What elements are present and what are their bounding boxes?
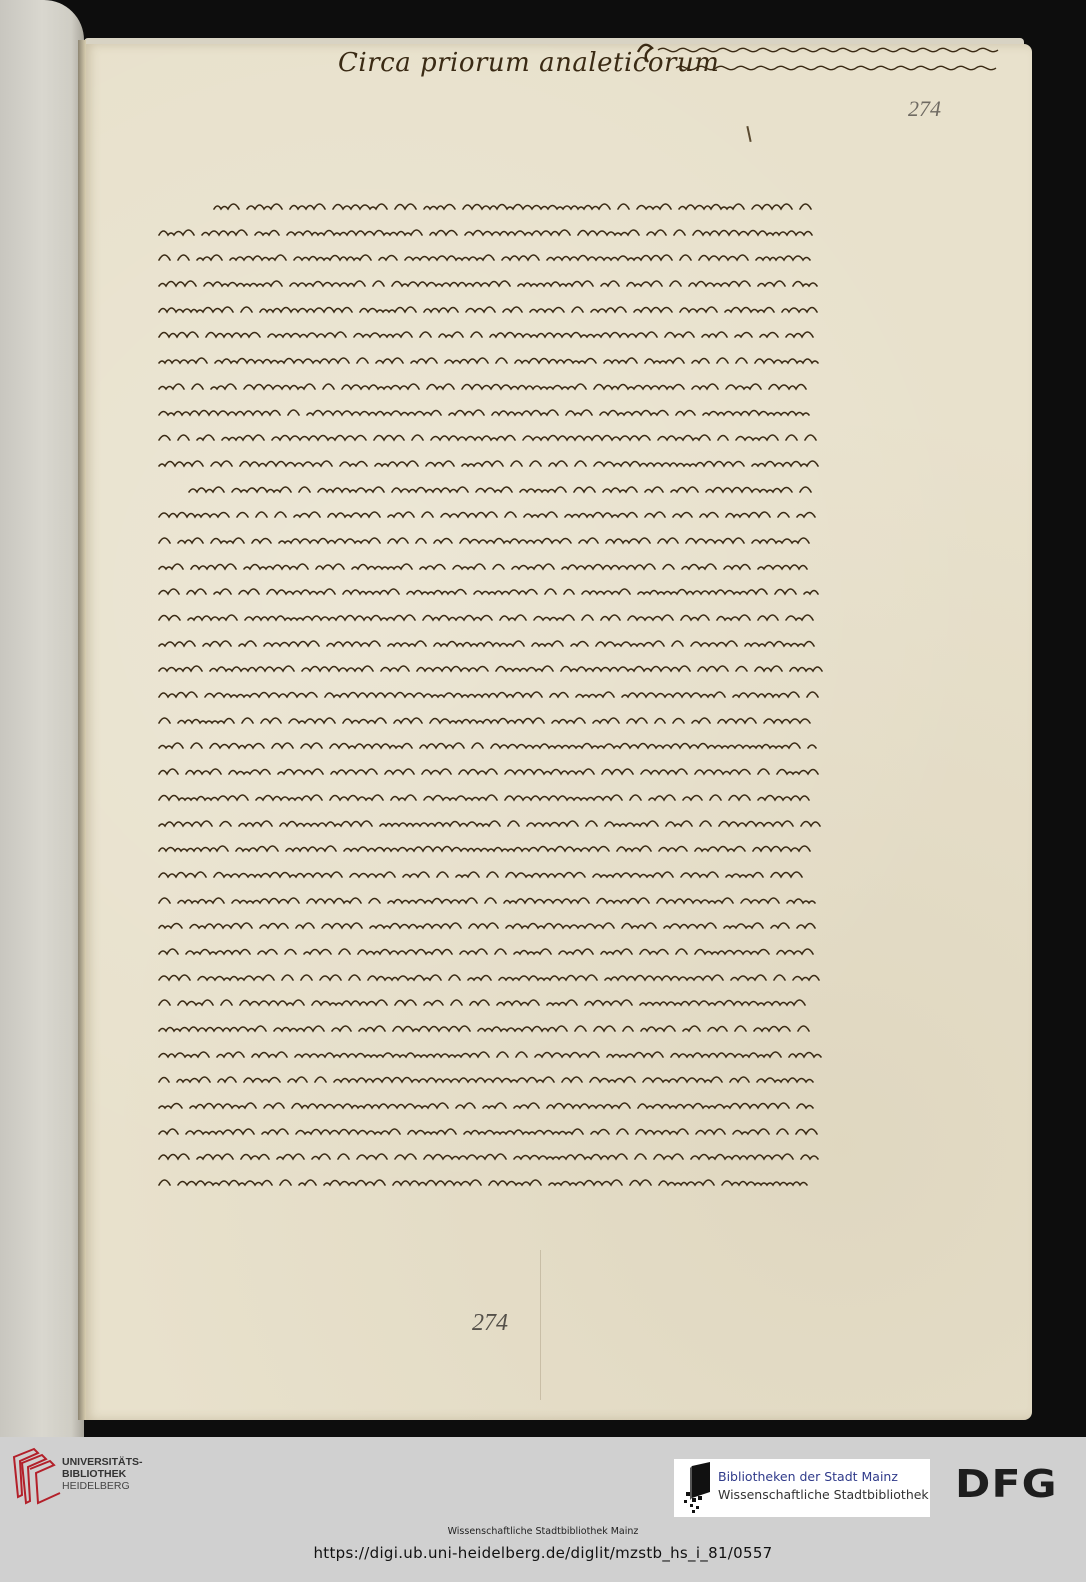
ub-line2: BIBLIOTHEK xyxy=(62,1468,143,1480)
ub-line3: HEIDELBERG xyxy=(62,1480,143,1492)
book-gutter xyxy=(78,40,86,1420)
handwriting-scribble xyxy=(155,507,825,527)
handwritten-line xyxy=(155,1017,845,1043)
handwritten-line xyxy=(155,349,845,375)
handwritten-line xyxy=(155,452,845,478)
handwritten-line xyxy=(155,1068,845,1094)
handwriting-scribble xyxy=(155,610,821,630)
handwriting-scribble xyxy=(155,841,821,861)
handwriting-scribble xyxy=(155,353,825,373)
handwriting-scribble xyxy=(155,1175,815,1195)
handwriting-scribble xyxy=(155,225,821,245)
handwriting-scribble xyxy=(155,1149,821,1169)
mainz-logo-line1: Bibliotheken der Stadt Mainz xyxy=(718,1469,898,1484)
handwritten-line xyxy=(155,632,845,658)
handwriting-scribble xyxy=(155,327,817,347)
handwriting-scribble xyxy=(155,1124,825,1144)
handwriting-scribble xyxy=(155,199,825,219)
handwritten-line xyxy=(155,503,845,529)
left-page-edge xyxy=(0,0,84,1437)
handwriting-scribble xyxy=(155,790,817,810)
ruling-line xyxy=(540,1250,541,1400)
manuscript-body-text xyxy=(155,195,845,1197)
handwriting-scribble xyxy=(155,816,825,836)
handwritten-line xyxy=(155,246,845,272)
handwriting-scribble xyxy=(155,1098,817,1118)
handwritten-line xyxy=(155,914,845,940)
handwriting-scribble xyxy=(155,250,817,270)
handwriting-scribble xyxy=(155,482,817,502)
handwritten-line xyxy=(155,837,845,863)
book-pixel-icon xyxy=(682,1462,716,1514)
handwritten-line xyxy=(155,709,845,735)
handwritten-line xyxy=(155,580,845,606)
handwritten-line xyxy=(155,889,845,915)
handwritten-line xyxy=(155,1094,845,1120)
handwriting-scribble xyxy=(155,970,825,990)
handwritten-line xyxy=(155,786,845,812)
handwritten-line xyxy=(155,863,845,889)
handwriting-scribble xyxy=(155,687,821,707)
marginal-note xyxy=(636,38,1016,83)
handwriting-scribble xyxy=(155,405,817,425)
handwritten-line xyxy=(155,323,845,349)
handwriting-scribble xyxy=(155,738,825,758)
handwriting-scribble xyxy=(155,1072,821,1092)
handwriting-scribble xyxy=(155,713,817,733)
handwritten-line xyxy=(155,991,845,1017)
handwritten-line xyxy=(155,606,845,632)
handwriting-scribble xyxy=(155,456,821,476)
handwriting-scribble xyxy=(155,764,821,784)
handwritten-line xyxy=(155,734,845,760)
handwritten-line xyxy=(155,401,845,427)
handwritten-line xyxy=(155,1120,845,1146)
dfg-logo: DFG xyxy=(955,1462,1058,1506)
handwritten-line xyxy=(155,1145,845,1171)
handwriting-scribble xyxy=(155,661,825,681)
folio-number-bottom: 274 xyxy=(472,1310,508,1337)
handwritten-line xyxy=(155,1043,845,1069)
handwritten-line xyxy=(155,375,845,401)
handwriting-scribble xyxy=(155,276,825,296)
handwriting-scribble xyxy=(155,995,821,1015)
handwriting-scribble xyxy=(155,893,825,913)
heidelberg-logo-text: UNIVERSITÄTS- BIBLIOTHEK HEIDELBERG xyxy=(62,1456,143,1492)
handwritten-line xyxy=(155,940,845,966)
manuscript-scan: Circa priorum analeticorum 274 274 xyxy=(0,0,1086,1437)
folio-number-top: 274 xyxy=(908,96,941,122)
mainz-logo-line2: Wissenschaftliche Stadtbibliothek xyxy=(718,1487,929,1502)
handwriting-scribble xyxy=(155,1021,817,1041)
handwritten-line xyxy=(155,555,845,581)
handwriting-scribble xyxy=(155,944,817,964)
handwritten-line xyxy=(155,1171,845,1197)
handwritten-line xyxy=(155,426,845,452)
handwriting-scribble xyxy=(155,636,817,656)
handwriting-scribble xyxy=(155,430,825,450)
handwriting-scribble xyxy=(155,867,817,887)
handwriting-scribble xyxy=(155,533,821,553)
handwritten-line xyxy=(155,478,845,504)
handwriting-scribble xyxy=(155,559,817,579)
handwriting-scribble xyxy=(155,584,825,604)
footer-caption: Wissenschaftliche Stadtbibliothek Mainz xyxy=(0,1526,1086,1537)
handwritten-line xyxy=(155,195,845,221)
handwritten-line xyxy=(155,272,845,298)
mainz-library-logo: Bibliotheken der Stadt Mainz Wissenschaf… xyxy=(674,1459,930,1517)
handwriting-scribble xyxy=(155,918,821,938)
handwritten-line xyxy=(155,683,845,709)
handwritten-line xyxy=(155,298,845,324)
ub-line1: UNIVERSITÄTS- xyxy=(62,1456,143,1468)
handwriting-scribble xyxy=(155,1047,825,1067)
handwritten-line xyxy=(155,657,845,683)
handwritten-line xyxy=(155,529,845,555)
handwriting-scribble xyxy=(155,302,821,322)
handwritten-line xyxy=(155,812,845,838)
permalink-url[interactable]: https://digi.ub.uni-heidelberg.de/diglit… xyxy=(0,1544,1086,1562)
handwritten-line xyxy=(155,221,845,247)
marginal-handwriting xyxy=(636,38,1016,78)
handwritten-line xyxy=(155,966,845,992)
handwritten-line xyxy=(155,760,845,786)
handwriting-scribble xyxy=(155,379,821,399)
